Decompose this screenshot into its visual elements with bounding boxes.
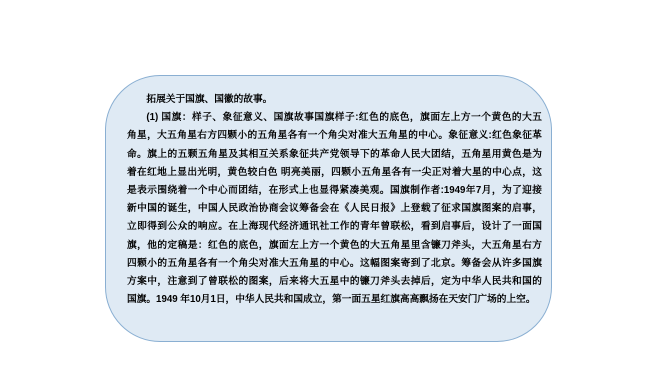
text-line: (1) 国旗：样子、象征意义、国旗故事国旗样子:红色的底色，旗面左上方一个黄色的… bbox=[127, 109, 542, 127]
text-line: 方案中，注意到了曾联松的图案，后来将大五星中的镰刀斧头去掉后，定为中华人民共和国… bbox=[127, 273, 542, 291]
text-line: 命。旗上的五颗五角星及其相互关系象征共产党领导下的革命人民大团结，五角星用黄色是… bbox=[127, 146, 542, 164]
text-line: 立即得到公众的响应。在上海现代经济通讯社工作的青年曾联松，看到启事后，设计了一面… bbox=[127, 218, 542, 236]
story-text: 拓展关于国旗、国徽的故事。 (1) 国旗：样子、象征意义、国旗故事国旗样子:红色… bbox=[127, 91, 542, 309]
text-line: 新中国的诞生，中国人民政治协商会议筹备会在《人民日报》上登载了征求国旗图案的启事… bbox=[127, 200, 542, 218]
story-card: 拓展关于国旗、国徽的故事。 (1) 国旗：样子、象征意义、国旗故事国旗样子:红色… bbox=[105, 75, 552, 342]
text-line: 拓展关于国旗、国徽的故事。 bbox=[127, 91, 542, 109]
text-line: 旗，他的定稿是：红色的底色，旗面左上方一个黄色的大五角星里含镰刀斧头，大五角星右… bbox=[127, 237, 542, 255]
text-line: 角星，大五角星右方四颗小的五角星各有一个角尖对准大五角星的中心。象征意义:红色象… bbox=[127, 127, 542, 145]
text-line: 是表示围绕着一个中心而团结，在形式上也显得紧凑美观。国旗制作者:1949年7月，… bbox=[127, 182, 542, 200]
text-line: 着在红地上显出光明，黄色较白色 明亮美丽，四颗小五角星各有一尖正对着大星的中心点… bbox=[127, 164, 542, 182]
text-line: 四颗小的五角星各有一个角尖对准大五角星的中心。这幅图案寄到了北京。筹备会从许多国… bbox=[127, 255, 542, 273]
slide-canvas: 拓展关于国旗、国徽的故事。 (1) 国旗：样子、象征意义、国旗故事国旗样子:红色… bbox=[0, 0, 668, 376]
text-line: 国旗。1949 年10月1日，中华人民共和国成立，第一面五星红旗高高飘扬在天安门… bbox=[127, 291, 542, 309]
